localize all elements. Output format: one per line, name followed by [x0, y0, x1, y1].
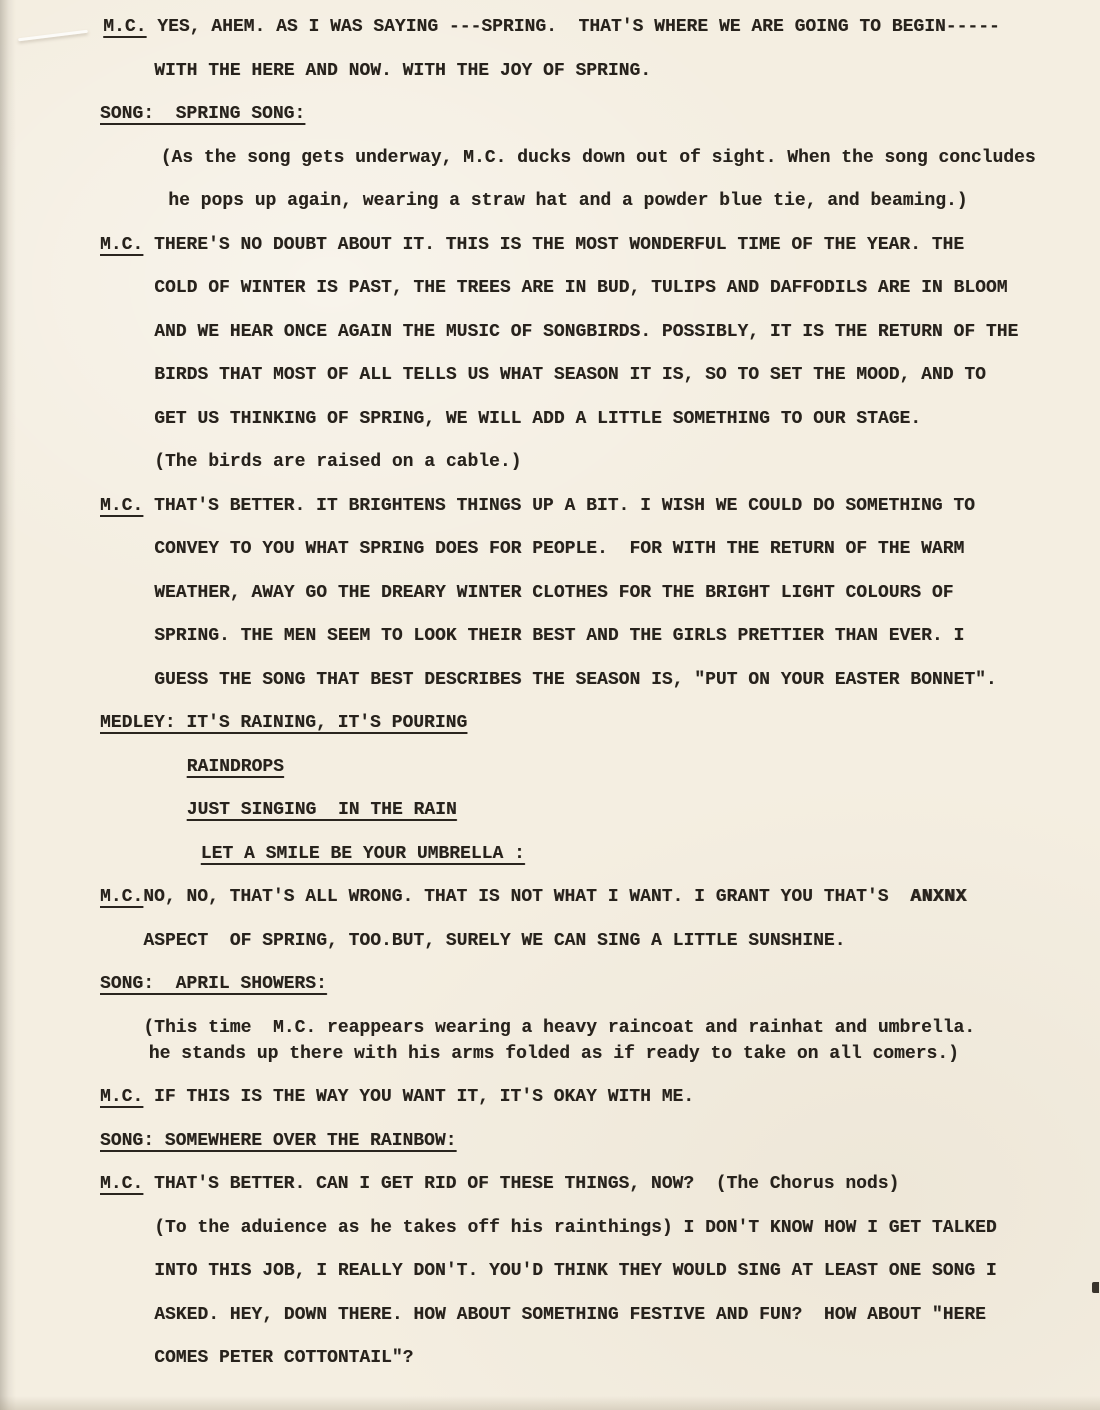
line-text: SPRING. THE MEN SEEM TO LOOK THEIR BEST …	[154, 626, 964, 646]
dialogue-line: M.C. IF THIS IS THE WAY YOU WANT IT, IT'…	[100, 1086, 1100, 1130]
line-text: GET US THINKING OF SPRING, WE WILL ADD A…	[154, 409, 921, 429]
line-text: (As the song gets underway, M.C. ducks d…	[161, 148, 1036, 168]
song-heading: SONG: APRIL SHOWERS:	[100, 973, 1100, 1017]
line-text: GUESS THE SONG THAT BEST DESCRIBES THE S…	[154, 670, 997, 690]
line-text: INTO THIS JOB, I REALLY DON'T. YOU'D THI…	[154, 1261, 997, 1281]
song-heading-text: SONG: SOMEWHERE OVER THE RAINBOW:	[100, 1131, 456, 1151]
line-text: THAT'S BETTER. IT BRIGHTENS THINGS UP A …	[143, 496, 975, 516]
line-text: (This time M.C. reappears wearing a heav…	[143, 1018, 975, 1038]
speaker-label: M.C.	[100, 496, 143, 516]
script-line: COMES PETER COTTONTAIL"?	[100, 1347, 1100, 1391]
line-text: AND WE HEAR ONCE AGAIN THE MUSIC OF SONG…	[154, 322, 1018, 342]
speaker-label: M.C.	[100, 1087, 143, 1107]
dialogue-line: M.C. THAT'S BETTER. CAN I GET RID OF THE…	[100, 1173, 1100, 1217]
line-text: WITH THE HERE AND NOW. WITH THE JOY OF S…	[154, 61, 651, 81]
scan-edge-shadow-bottom	[0, 1396, 1100, 1410]
script-line: he pops up again, wearing a straw hat an…	[100, 190, 1100, 234]
script-line: INTO THIS JOB, I REALLY DON'T. YOU'D THI…	[100, 1260, 1100, 1304]
speaker-label: M.C.	[100, 887, 143, 907]
line-text: (The birds are raised on a cable.)	[154, 452, 521, 472]
song-heading-text: JUST SINGING IN THE RAIN	[187, 800, 457, 820]
song-heading: SONG: SPRING SONG:	[100, 103, 1100, 147]
speaker-label: M.C.	[100, 1174, 143, 1194]
line-text: ASPECT OF SPRING, TOO.BUT, SURELY WE CAN…	[143, 931, 845, 951]
line-text: THAT'S BETTER. CAN I GET RID OF THESE TH…	[143, 1174, 899, 1194]
script-line: (This time M.C. reappears wearing a heav…	[100, 1017, 1100, 1043]
script-line: CONVEY TO YOU WHAT SPRING DOES FOR PEOPL…	[100, 538, 1100, 582]
line-text: ASKED. HEY, DOWN THERE. HOW ABOUT SOMETH…	[154, 1305, 986, 1325]
song-heading: SONG: SOMEWHERE OVER THE RAINBOW:	[100, 1130, 1100, 1174]
song-heading: JUST SINGING IN THE RAIN	[100, 799, 1100, 843]
line-text: NO, NO, THAT'S ALL WRONG. THAT IS NOT WH…	[143, 887, 910, 907]
script-line: (To the aduience as he takes off his rai…	[100, 1217, 1100, 1261]
song-heading: LET A SMILE BE YOUR UMBRELLA :	[100, 843, 1100, 887]
scan-edge-shadow-left	[0, 0, 16, 1410]
line-text: IF THIS IS THE WAY YOU WANT IT, IT'S OKA…	[143, 1087, 694, 1107]
song-heading: MEDLEY: IT'S RAINING, IT'S POURING	[100, 712, 1100, 756]
speaker-label: M.C.	[103, 17, 146, 37]
line-text: COMES PETER COTTONTAIL"?	[154, 1348, 413, 1368]
line-text: CONVEY TO YOU WHAT SPRING DOES FOR PEOPL…	[154, 539, 964, 559]
dialogue-line: M.C. THERE'S NO DOUBT ABOUT IT. THIS IS …	[100, 234, 1100, 278]
script-line: GET US THINKING OF SPRING, WE WILL ADD A…	[100, 408, 1100, 452]
script-line: (The birds are raised on a cable.)	[100, 451, 1100, 495]
line-text: (To the aduience as he takes off his rai…	[154, 1218, 997, 1238]
script-line: ASKED. HEY, DOWN THERE. HOW ABOUT SOMETH…	[100, 1304, 1100, 1348]
script-line: COLD OF WINTER IS PAST, THE TREES ARE IN…	[100, 277, 1100, 321]
paper-crease	[18, 30, 88, 42]
script-line: WITH THE HERE AND NOW. WITH THE JOY OF S…	[100, 60, 1100, 104]
page-edge-mark	[1092, 1282, 1099, 1293]
script-line: AND WE HEAR ONCE AGAIN THE MUSIC OF SONG…	[100, 321, 1100, 365]
dialogue-line: M.C. YES, AHEM. AS I WAS SAYING ---SPRIN…	[100, 16, 1100, 60]
script-line: WEATHER, AWAY GO THE DREARY WINTER CLOTH…	[100, 582, 1100, 626]
script-line: SPRING. THE MEN SEEM TO LOOK THEIR BEST …	[100, 625, 1100, 669]
script-line: he stands up there with his arms folded …	[100, 1043, 1100, 1087]
dialogue-line: M.C. THAT'S BETTER. IT BRIGHTENS THINGS …	[100, 495, 1100, 539]
script-line: ASPECT OF SPRING, TOO.BUT, SURELY WE CAN…	[100, 930, 1100, 974]
overstruck-text: ANXNX	[910, 887, 967, 907]
line-text: COLD OF WINTER IS PAST, THE TREES ARE IN…	[154, 278, 1007, 298]
song-heading-text: SONG: APRIL SHOWERS:	[100, 974, 327, 994]
script-line: BIRDS THAT MOST OF ALL TELLS US WHAT SEA…	[100, 364, 1100, 408]
line-text: WEATHER, AWAY GO THE DREARY WINTER CLOTH…	[154, 583, 953, 603]
song-heading-text: RAINDROPS	[187, 757, 284, 777]
song-heading-text: MEDLEY: IT'S RAINING, IT'S POURING	[100, 713, 467, 733]
dialogue-line: M.C.NO, NO, THAT'S ALL WRONG. THAT IS NO…	[100, 886, 1100, 930]
script-line: GUESS THE SONG THAT BEST DESCRIBES THE S…	[100, 669, 1100, 713]
song-heading-text: LET A SMILE BE YOUR UMBRELLA :	[201, 844, 525, 864]
line-text: BIRDS THAT MOST OF ALL TELLS US WHAT SEA…	[154, 365, 986, 385]
line-text: YES, AHEM. AS I WAS SAYING ---SPRING. TH…	[146, 17, 999, 37]
script-page: M.C. YES, AHEM. AS I WAS SAYING ---SPRIN…	[0, 0, 1100, 1410]
song-heading-text: SONG: SPRING SONG:	[100, 104, 305, 124]
speaker-label: M.C.	[100, 235, 143, 255]
line-text: THERE'S NO DOUBT ABOUT IT. THIS IS THE M…	[143, 235, 964, 255]
line-text: he pops up again, wearing a straw hat an…	[168, 191, 967, 211]
line-text: he stands up there with his arms folded …	[149, 1044, 959, 1064]
song-heading: RAINDROPS	[100, 756, 1100, 800]
script-line: (As the song gets underway, M.C. ducks d…	[100, 147, 1100, 191]
